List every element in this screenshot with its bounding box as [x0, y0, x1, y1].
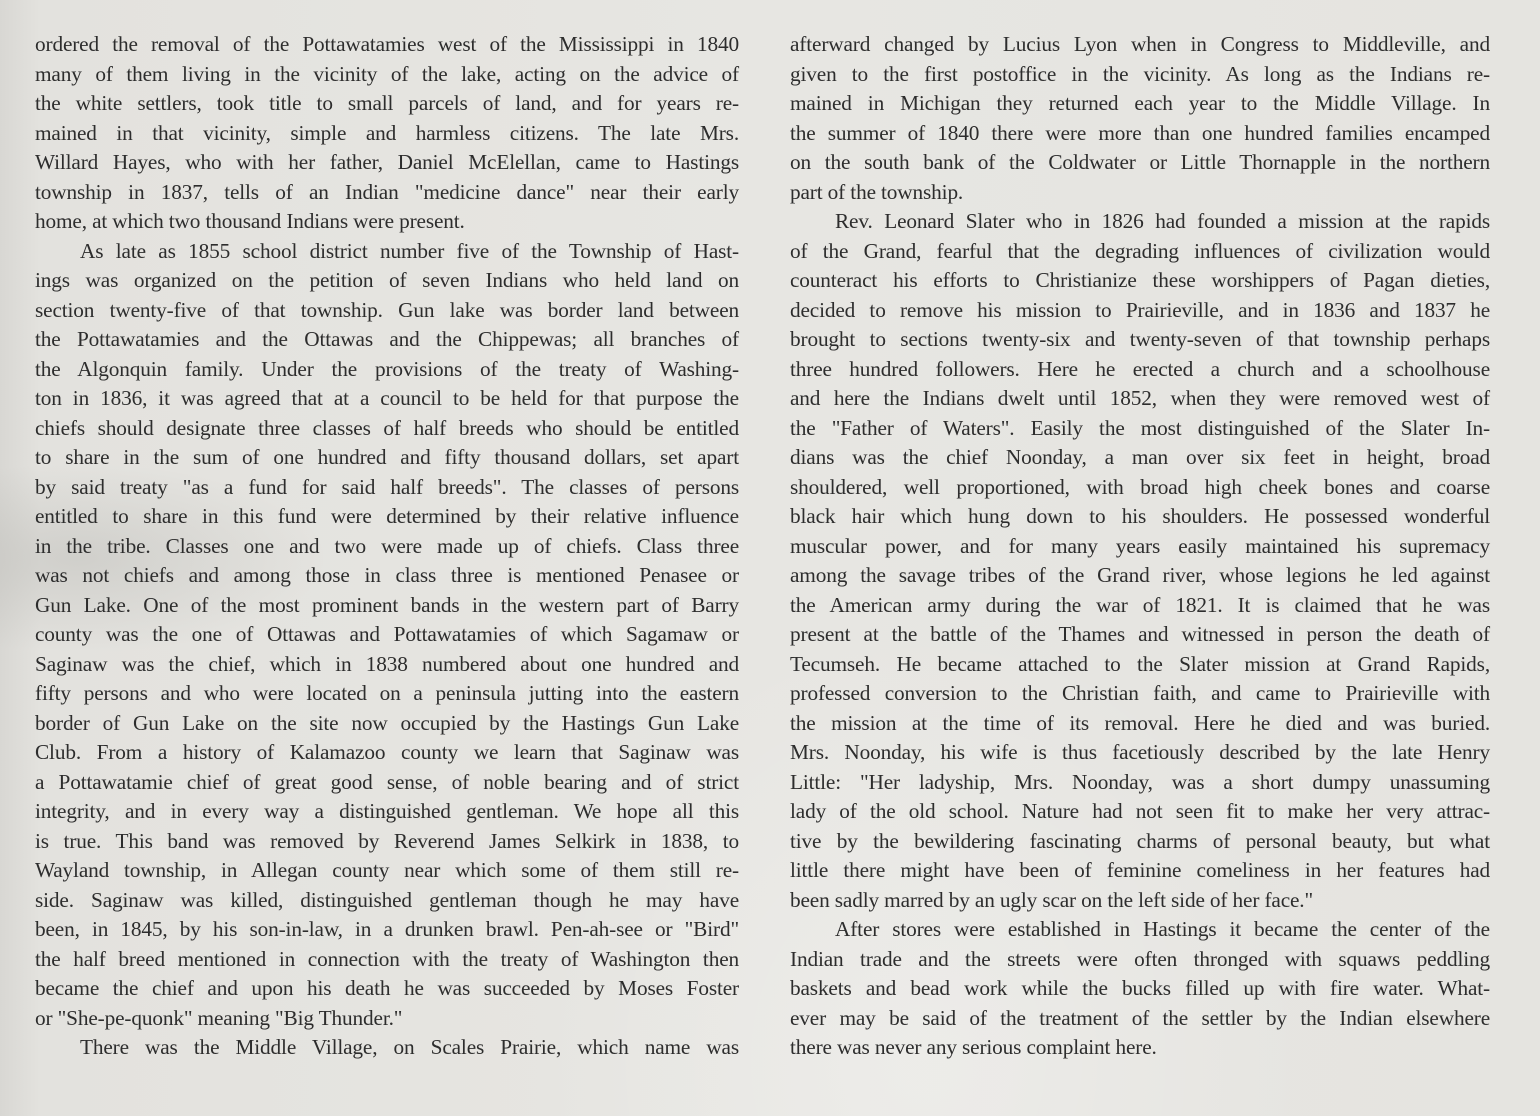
text-line: little there might have been of feminine… — [790, 856, 1490, 886]
text-line: been sadly marred by an ugly scar on the… — [790, 886, 1490, 916]
text-line: ever may be said of the treatment of the… — [790, 1004, 1490, 1034]
text-line: part of the township. — [790, 178, 1490, 208]
text-line: the summer of 1840 there were more than … — [790, 119, 1490, 149]
text-line: the half breed mentioned in connection w… — [35, 945, 739, 975]
text-line: tive by the bewildering fascinating char… — [790, 827, 1490, 857]
text-line: ordered the removal of the Pottawatamies… — [35, 30, 739, 60]
text-line: Mrs. Noonday, his wife is thus facetious… — [790, 738, 1490, 768]
text-line: became the chief and upon his death he w… — [35, 974, 739, 1004]
text-line: afterward changed by Lucius Lyon when in… — [790, 30, 1490, 60]
text-line: brought to sections twenty-six and twent… — [790, 325, 1490, 355]
text-line: the Pottawatamies and the Ottawas and th… — [35, 325, 739, 355]
text-line: the "Father of Waters". Easily the most … — [790, 414, 1490, 444]
text-line: present at the battle of the Thames and … — [790, 620, 1490, 650]
text-line: fifty persons and who were located on a … — [35, 679, 739, 709]
text-line: Wayland township, in Allegan county near… — [35, 856, 739, 886]
text-line: many of them living in the vicinity of t… — [35, 60, 739, 90]
text-line: chiefs should designate three classes of… — [35, 414, 739, 444]
text-line: shouldered, well proportioned, with broa… — [790, 473, 1490, 503]
text-line: the American army during the war of 1821… — [790, 591, 1490, 621]
text-line: integrity, and in every way a distinguis… — [35, 797, 739, 827]
text-line: by said treaty "as a fund for said half … — [35, 473, 739, 503]
text-line: side. Saginaw was killed, distinguished … — [35, 886, 739, 916]
text-line: there was never any serious complaint he… — [790, 1033, 1490, 1063]
text-line: among the savage tribes of the Grand riv… — [790, 561, 1490, 591]
text-line: and here the Indians dwelt until 1852, w… — [790, 384, 1490, 414]
text-line: Willard Hayes, who with her father, Dani… — [35, 148, 739, 178]
text-line: Indian trade and the streets were often … — [790, 945, 1490, 975]
text-line: section twenty-five of that township. Gu… — [35, 296, 739, 326]
text-line: As late as 1855 school district number f… — [35, 237, 739, 267]
text-line: entitled to share in this fund were dete… — [35, 502, 739, 532]
scanned-book-page: ordered the removal of the Pottawatamies… — [0, 0, 1540, 1116]
text-line: the mission at the time of its removal. … — [790, 709, 1490, 739]
text-line: a Pottawatamie chief of great good sense… — [35, 768, 739, 798]
text-line: on the south bank of the Coldwater or Li… — [790, 148, 1490, 178]
text-line: Club. From a history of Kalamazoo county… — [35, 738, 739, 768]
right-text-column: afterward changed by Lucius Lyon when in… — [790, 30, 1490, 1063]
text-line: Little: "Her ladyship, Mrs. Noonday, was… — [790, 768, 1490, 798]
text-line: is true. This band was removed by Revere… — [35, 827, 739, 857]
text-line: township in 1837, tells of an Indian "me… — [35, 178, 739, 208]
left-text-column: ordered the removal of the Pottawatamies… — [35, 30, 739, 1063]
text-line: been, in 1845, by his son-in-law, in a d… — [35, 915, 739, 945]
text-line: baskets and bead work while the bucks fi… — [790, 974, 1490, 1004]
text-line: the white settlers, took title to small … — [35, 89, 739, 119]
text-line: Tecumseh. He became attached to the Slat… — [790, 650, 1490, 680]
text-line: in the tribe. Classes one and two were m… — [35, 532, 739, 562]
text-line: decided to remove his mission to Prairie… — [790, 296, 1490, 326]
text-line: ton in 1836, it was agreed that at a cou… — [35, 384, 739, 414]
text-line: muscular power, and for many years easil… — [790, 532, 1490, 562]
text-line: There was the Middle Village, on Scales … — [35, 1033, 739, 1063]
text-line: county was the one of Ottawas and Pottaw… — [35, 620, 739, 650]
text-line: Saginaw was the chief, which in 1838 num… — [35, 650, 739, 680]
text-line: to share in the sum of one hundred and f… — [35, 443, 739, 473]
text-line: of the Grand, fearful that the degrading… — [790, 237, 1490, 267]
text-line: Rev. Leonard Slater who in 1826 had foun… — [790, 207, 1490, 237]
text-line: mained in Michigan they returned each ye… — [790, 89, 1490, 119]
text-line: lady of the old school. Nature had not s… — [790, 797, 1490, 827]
text-line: After stores were established in Hasting… — [790, 915, 1490, 945]
text-line: home, at which two thousand Indians were… — [35, 207, 739, 237]
text-line: or "She-pe-quonk" meaning "Big Thunder." — [35, 1004, 739, 1034]
text-line: mained in that vicinity, simple and harm… — [35, 119, 739, 149]
text-line: black hair which hung down to his should… — [790, 502, 1490, 532]
text-line: Gun Lake. One of the most prominent band… — [35, 591, 739, 621]
text-line: dians was the chief Noonday, a man over … — [790, 443, 1490, 473]
text-line: three hundred followers. Here he erected… — [790, 355, 1490, 385]
text-line: ings was organized on the petition of se… — [35, 266, 739, 296]
text-line: was not chiefs and among those in class … — [35, 561, 739, 591]
text-line: the Algonquin family. Under the provisio… — [35, 355, 739, 385]
text-line: given to the first postoffice in the vic… — [790, 60, 1490, 90]
text-line: professed conversion to the Christian fa… — [790, 679, 1490, 709]
text-line: border of Gun Lake on the site now occup… — [35, 709, 739, 739]
text-line: counteract his efforts to Christianize t… — [790, 266, 1490, 296]
